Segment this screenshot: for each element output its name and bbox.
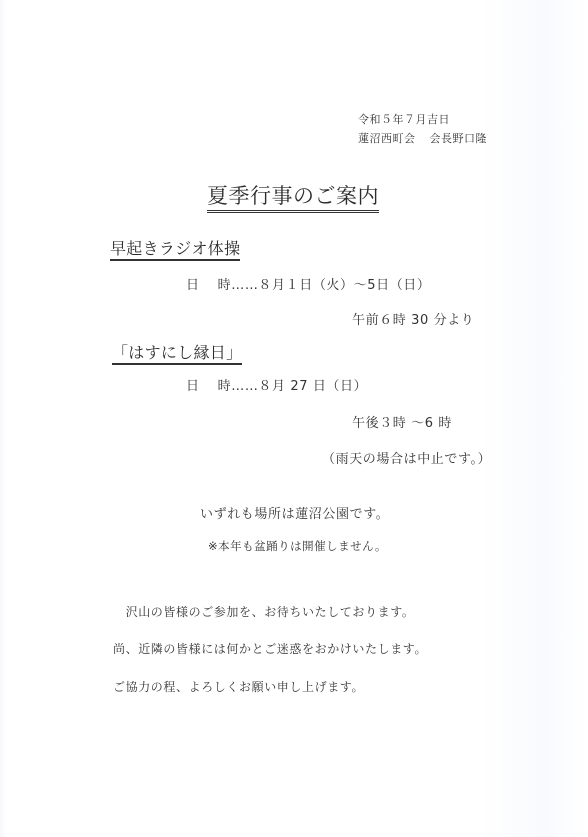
radio-exercise-date: 日時……８月１日（火）～5日（日）: [186, 278, 431, 294]
date-label-day: 日: [186, 278, 200, 293]
document-page: 令和５年７月吉日 蓮沼西町会会長野口隆 夏季行事のご案内 早起きラジオ体操 日時…: [0, 0, 588, 837]
location-note: いずれも場所は蓮沼公園です。: [200, 503, 389, 522]
bon-dance-notice: ※本年も盆踊りは開催しません。: [208, 538, 387, 554]
issue-date: 令和５年７月吉日: [358, 111, 450, 127]
date-label-time: 時: [218, 278, 232, 293]
date-label-day: 日: [186, 379, 200, 394]
sender-name: 会長野口隆: [430, 132, 488, 145]
festival-date: 日時……８月 27 日（日）: [186, 379, 367, 395]
closing-line-3: ご協力の程、よろしくお願い申し上げます。: [113, 679, 364, 695]
festival-time: 午後３時 ～6 時: [352, 416, 452, 432]
section-heading-festival: 「はすにし縁日」: [112, 343, 242, 365]
rain-cancellation-note: （雨天の場合は中止です。）: [322, 452, 491, 468]
date-label-time: 時: [218, 379, 232, 394]
radio-exercise-time: 午前６時 30 分より: [352, 313, 474, 329]
organization-name: 蓮沼西町会: [358, 132, 416, 145]
document-title: 夏季行事のご案内: [207, 184, 379, 213]
closing-line-1: 沢山の皆様のご参加を、お待ちいたしております。: [113, 604, 414, 620]
sender-line: 蓮沼西町会会長野口隆: [358, 130, 487, 146]
date-value: ……８月 27 日（日）: [231, 379, 367, 394]
section-heading-radio-exercise: 早起きラジオ体操: [110, 239, 240, 261]
closing-line-2: 尚、近隣の皆様には何かとご迷惑をおかけいたします。: [113, 641, 427, 657]
date-value: ……８月１日（火）～5日（日）: [231, 278, 430, 293]
